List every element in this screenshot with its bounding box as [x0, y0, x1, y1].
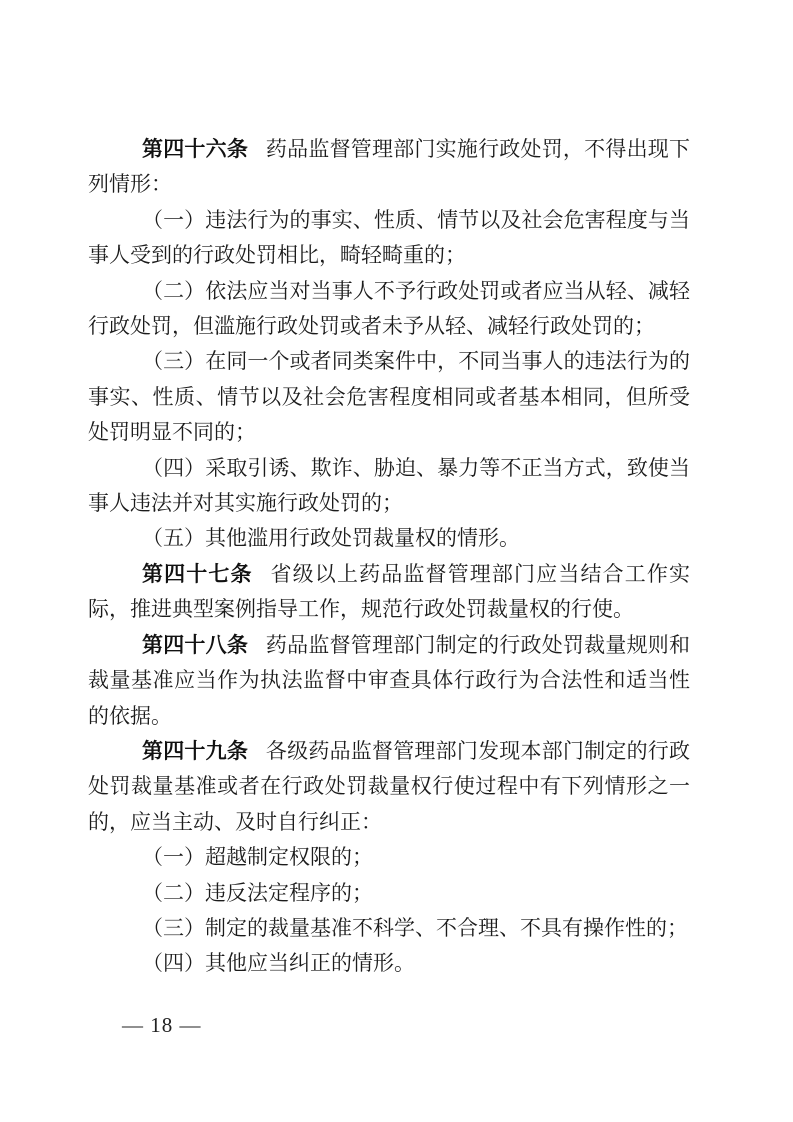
- article-49-intro: 第四十九条各级药品监督管理部门发现本部门制定的行政处罚裁量基准或者在行政处罚裁量…: [88, 734, 690, 840]
- article-46-item-3: （三）在同一个或者同类案件中，不同当事人的违法行为的事实、性质、情节以及社会危害…: [88, 344, 690, 450]
- article-47-number: 第四十七条: [142, 563, 253, 586]
- article-49-item-3: （三）制定的裁量基准不科学、不合理、不具有操作性的；: [88, 911, 690, 946]
- article-46-item-5: （五）其他滥用行政处罚裁量权的情形。: [88, 521, 690, 556]
- article-49-item-2-text: （二）违反法定程序的；: [142, 881, 373, 905]
- page-number: — 18 —: [122, 1013, 202, 1037]
- article-46-item-1: （一）违法行为的事实、性质、情节以及社会危害程度与当事人受到的行政处罚相比，畸轻…: [88, 203, 690, 274]
- document-page: 第四十六条药品监督管理部门实施行政处罚，不得出现下列情形： （一）违法行为的事实…: [0, 0, 793, 1122]
- article-49-item-1-text: （一）超越制定权限的；: [142, 845, 373, 869]
- article-49-item-1: （一）超越制定权限的；: [88, 840, 690, 875]
- article-49-number: 第四十九条: [142, 740, 248, 763]
- article-46-item-4-text: （四）采取引诱、欺诈、胁迫、暴力等不正当方式，致使当事人违法并对其实施行政处罚的…: [88, 456, 690, 515]
- article-46-number: 第四十六条: [142, 138, 248, 161]
- article-49-item-4: （四）其他应当纠正的情形。: [88, 946, 690, 981]
- article-46-item-1-text: （一）违法行为的事实、性质、情节以及社会危害程度与当事人受到的行政处罚相比，畸轻…: [88, 208, 690, 267]
- article-46-item-3-text: （三）在同一个或者同类案件中，不同当事人的违法行为的事实、性质、情节以及社会危害…: [88, 349, 690, 444]
- article-48-number: 第四十八条: [142, 634, 248, 657]
- article-48: 第四十八条药品监督管理部门制定的行政处罚裁量规则和裁量基准应当作为执法监督中审查…: [88, 628, 690, 734]
- article-46-intro: 第四十六条药品监督管理部门实施行政处罚，不得出现下列情形：: [88, 132, 690, 203]
- document-body: 第四十六条药品监督管理部门实施行政处罚，不得出现下列情形： （一）违法行为的事实…: [88, 132, 690, 982]
- article-46-item-4: （四）采取引诱、欺诈、胁迫、暴力等不正当方式，致使当事人违法并对其实施行政处罚的…: [88, 451, 690, 522]
- article-46-item-2-text: （二）依法应当对当事人不予行政处罚或者应当从轻、减轻行政处罚，但滥施行政处罚或者…: [88, 279, 690, 338]
- article-49-item-3-text: （三）制定的裁量基准不科学、不合理、不具有操作性的；: [142, 916, 688, 940]
- article-49-item-4-text: （四）其他应当纠正的情形。: [142, 951, 415, 975]
- article-46-item-2: （二）依法应当对当事人不予行政处罚或者应当从轻、减轻行政处罚，但滥施行政处罚或者…: [88, 274, 690, 345]
- article-49-item-2: （二）违反法定程序的；: [88, 876, 690, 911]
- article-47: 第四十七条省级以上药品监督管理部门应当结合工作实际，推进典型案例指导工作，规范行…: [88, 557, 690, 628]
- article-46-item-5-text: （五）其他滥用行政处罚裁量权的情形。: [142, 526, 520, 550]
